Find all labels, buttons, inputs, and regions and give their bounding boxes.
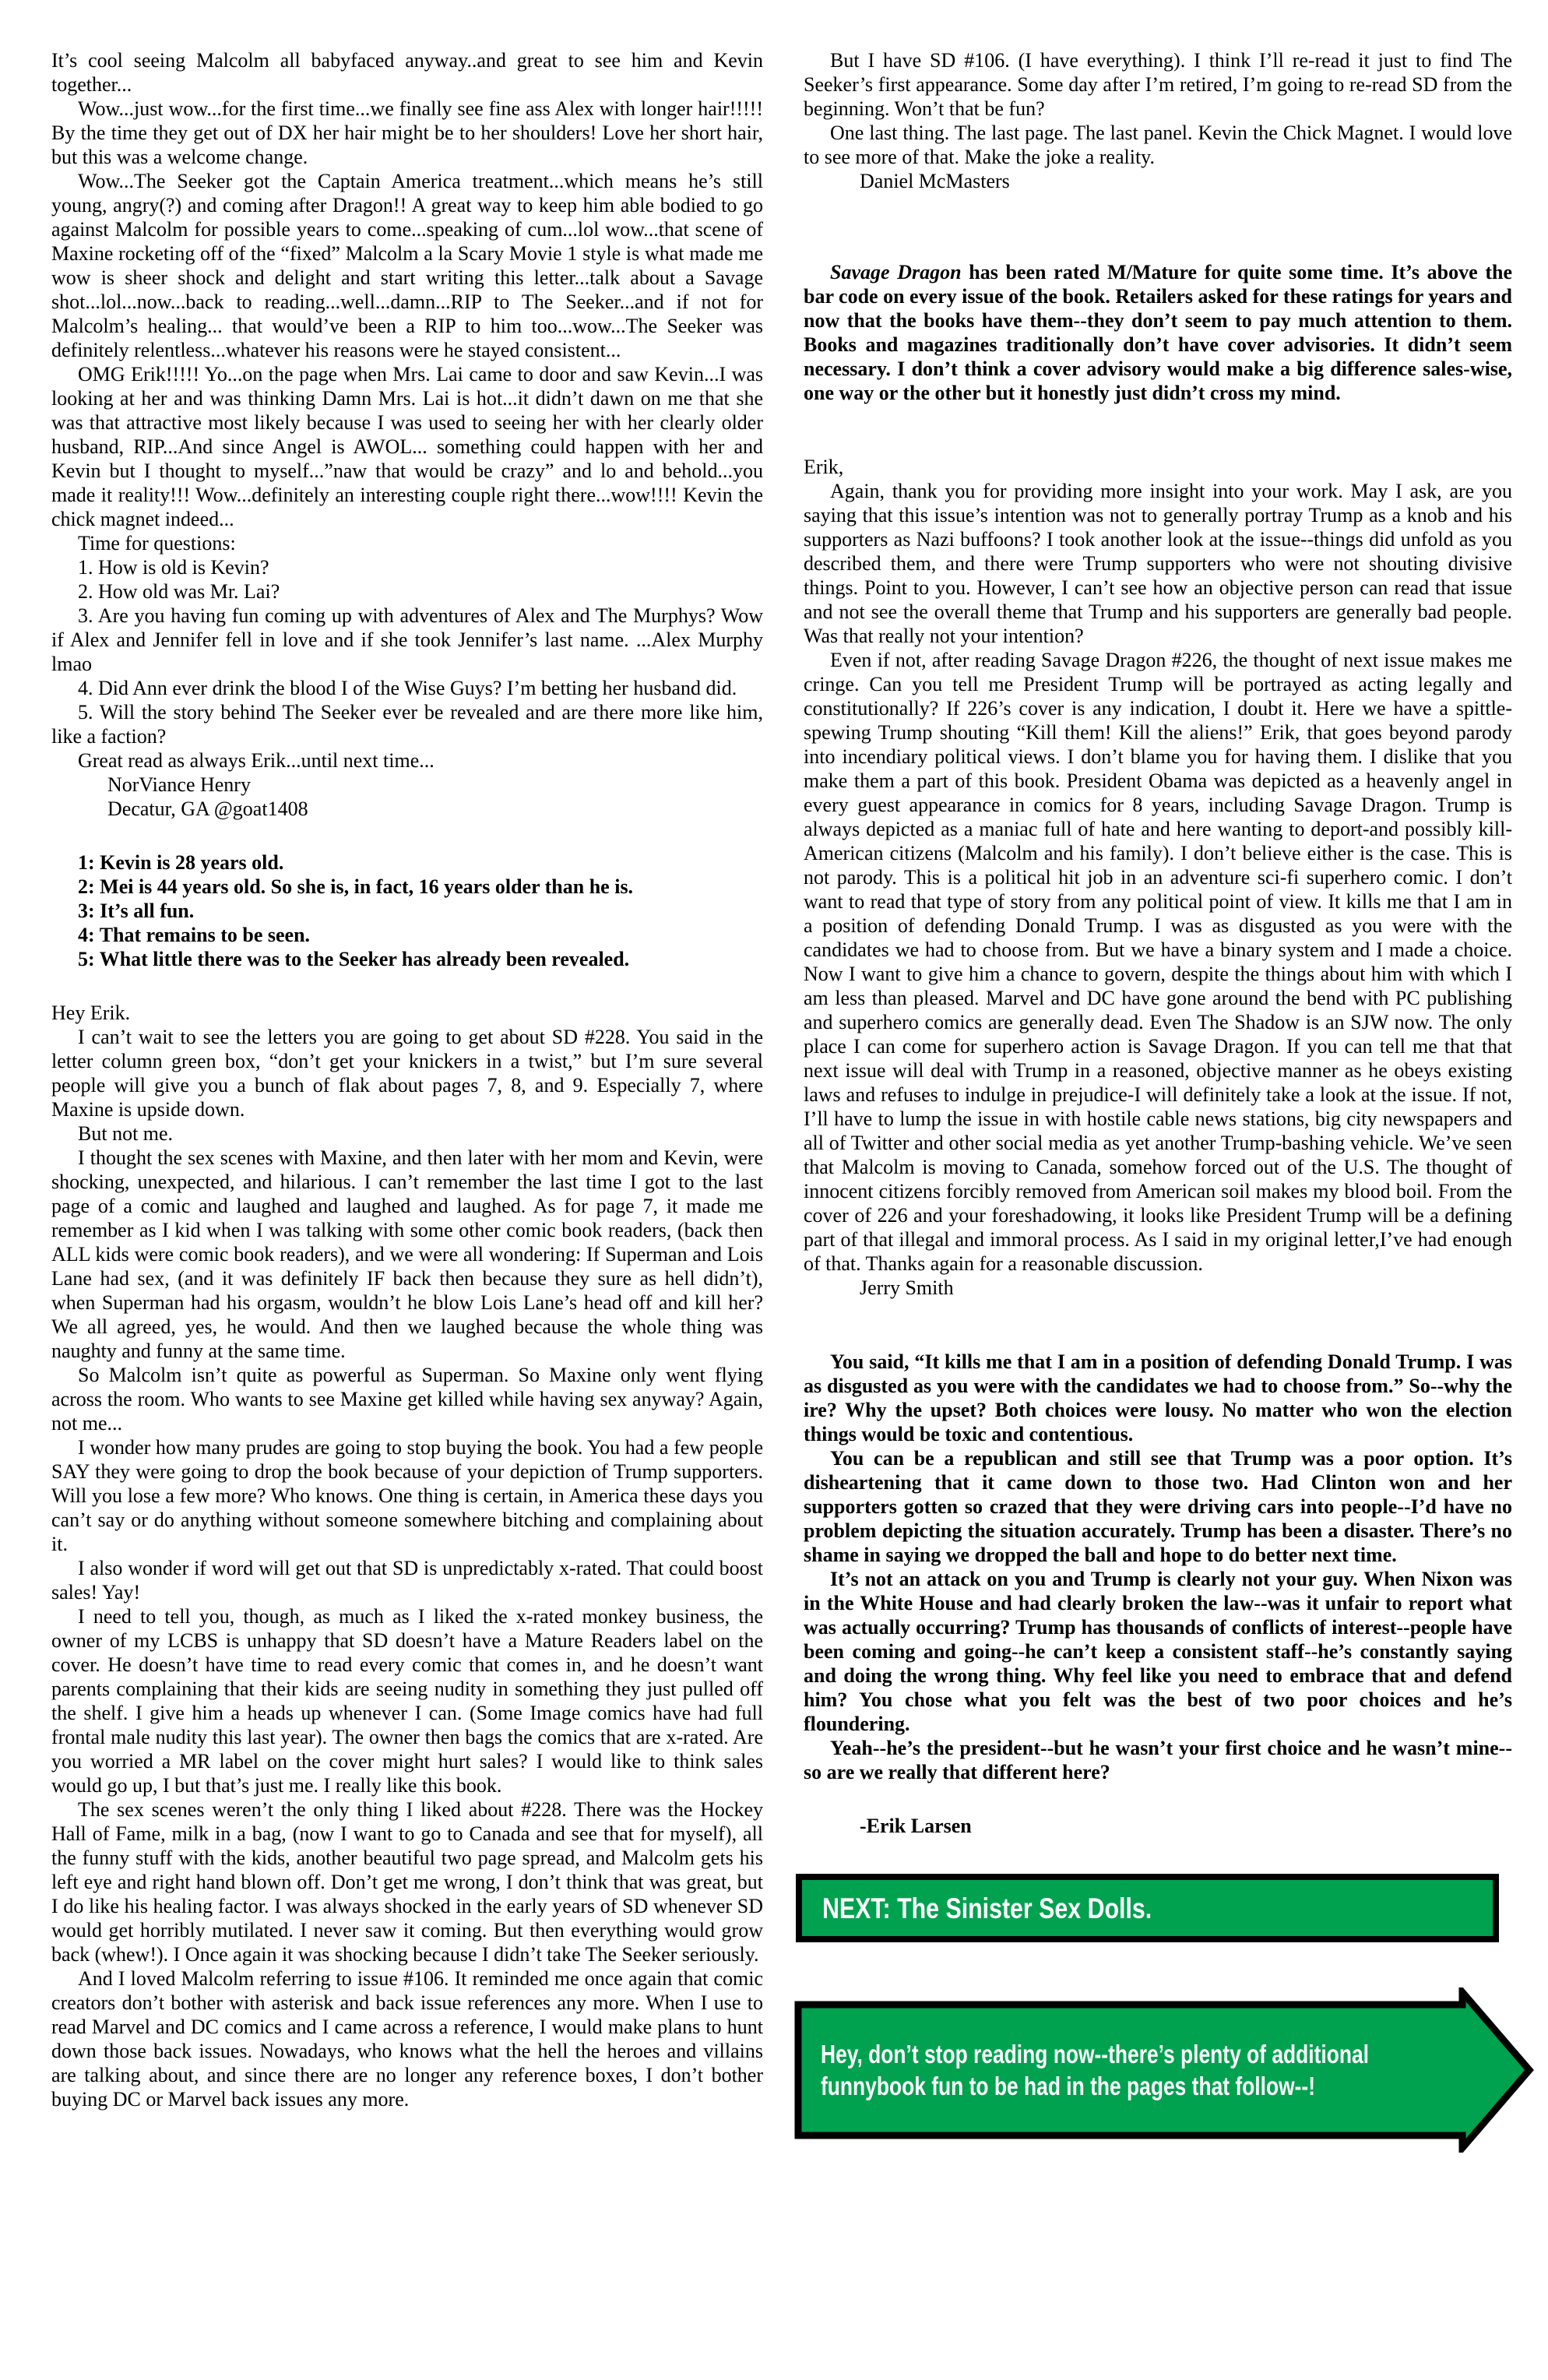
letter-signature-location: Decatur, GA @goat1408 <box>51 797 763 821</box>
editor-response: You can be a republican and still see th… <box>804 1446 1512 1567</box>
letter-paragraph: I need to tell you, though, as much as I… <box>51 1604 763 1797</box>
editor-signature: -Erik Larsen <box>804 1814 1512 1838</box>
letter-paragraph: Great read as always Erik...until next t… <box>51 748 763 773</box>
next-issue-banner: NEXT: The Sinister Sex Dolls. <box>796 1874 1499 1942</box>
question-line: 4. Did Ann ever drink the blood I of the… <box>51 676 763 700</box>
column-gap <box>51 971 763 1001</box>
letter-paragraph: I thought the sex scenes with Maxine, an… <box>51 1146 763 1363</box>
letter-paragraph: But I have SD #106. (I have everything).… <box>804 48 1512 121</box>
column-gap <box>804 1784 1512 1814</box>
letter-paragraph: One last thing. The last page. The last … <box>804 121 1512 169</box>
letter-paragraph: Again, thank you for providing more insi… <box>804 479 1512 648</box>
letter-signature: Jerry Smith <box>804 1276 1512 1300</box>
column-gap <box>804 1300 1512 1350</box>
editor-response: You said, “It kills me that I am in a po… <box>804 1350 1512 1446</box>
series-title: Savage Dragon <box>830 261 962 283</box>
editor-answer: 2: Mei is 44 years old. So she is, in fa… <box>51 875 763 899</box>
letter-paragraph: Time for questions: <box>51 531 763 555</box>
letter-paragraph: Wow...The Seeker got the Captain America… <box>51 169 763 362</box>
question-line: 3. Are you having fun coming up with adv… <box>51 604 763 676</box>
letter-paragraph: So Malcolm isn’t quite as powerful as Su… <box>51 1363 763 1435</box>
letter-paragraph: The sex scenes weren’t the only thing I … <box>51 1797 763 1966</box>
letter-paragraph: I can’t wait to see the letters you are … <box>51 1025 763 1121</box>
question-line: 2. How old was Mr. Lai? <box>51 579 763 604</box>
editor-response: Yeah--he’s the president--but he wasn’t … <box>804 1736 1512 1784</box>
column-gap <box>804 193 1512 260</box>
letters-page: { "colors": { "banner_green": "#00A14F",… <box>0 0 1548 2380</box>
editor-response: Savage Dragon has been rated M/Mature fo… <box>804 260 1512 405</box>
letters-column-right: But I have SD #106. (I have everything).… <box>804 48 1512 2153</box>
question-line: 1. How is old is Kevin? <box>51 555 763 579</box>
letter-signature: NorViance Henry <box>51 773 763 797</box>
letter-salutation: Erik, <box>804 455 1512 479</box>
letter-paragraph: But not me. <box>51 1121 763 1146</box>
editor-answer: 1: Kevin is 28 years old. <box>51 850 763 875</box>
letter-paragraph: Wow...just wow...for the first time...we… <box>51 97 763 169</box>
editor-answer: 5: What little there was to the Seeker h… <box>51 947 763 971</box>
letter-paragraph: It’s cool seeing Malcolm all babyfaced a… <box>51 48 763 97</box>
letter-salutation: Hey Erik. <box>51 1001 763 1025</box>
letters-column-left: It’s cool seeing Malcolm all babyfaced a… <box>51 48 763 2111</box>
editor-answer: 3: It’s all fun. <box>51 899 763 923</box>
continue-reading-arrow: Hey, don’t stop reading now--there’s ple… <box>794 1987 1534 2153</box>
letter-signature: Daniel McMasters <box>804 169 1512 193</box>
editor-answer: 4: That remains to be seen. <box>51 923 763 947</box>
letter-paragraph: And I loved Malcolm referring to issue #… <box>51 1966 763 2111</box>
continue-reading-label: Hey, don’t stop reading now--there’s ple… <box>821 2038 1506 2102</box>
letter-paragraph: Even if not, after reading Savage Dragon… <box>804 648 1512 1276</box>
continue-reading-line1: Hey, don’t stop reading now--there’s ple… <box>821 2038 1369 2070</box>
letter-paragraph: I also wonder if word will get out that … <box>51 1556 763 1604</box>
continue-reading-line2: funnybook fun to be had in the pages tha… <box>821 2070 1369 2102</box>
column-gap <box>804 405 1512 455</box>
next-issue-label: NEXT: The Sinister Sex Dolls. <box>822 1896 1152 1921</box>
editor-response: It’s not an attack on you and Trump is c… <box>804 1567 1512 1736</box>
letter-paragraph: I wonder how many prudes are going to st… <box>51 1435 763 1556</box>
question-line: 5. Will the story behind The Seeker ever… <box>51 700 763 748</box>
column-gap <box>51 821 763 850</box>
letter-paragraph: OMG Erik!!!!! Yo...on the page when Mrs.… <box>51 362 763 531</box>
